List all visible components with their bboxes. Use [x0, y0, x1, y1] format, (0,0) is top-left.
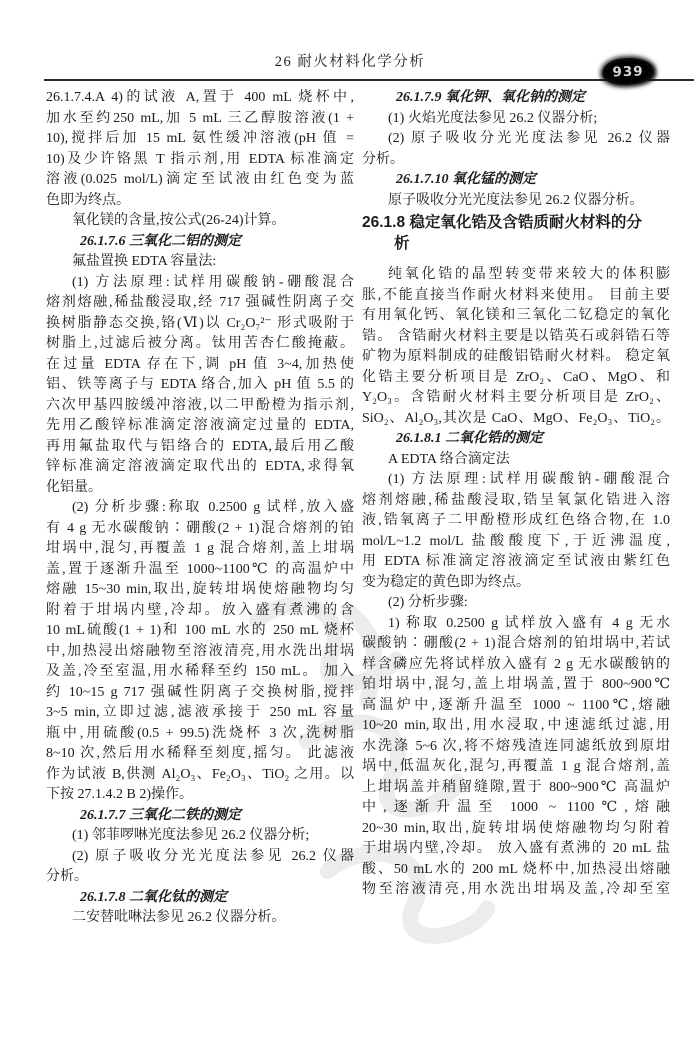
text-line: 溶液(0.025 mol/L)滴定至试液由红色变为蓝: [46, 170, 354, 191]
text-line: 样含磷应先将试样放入盛有 2 g 无水碳酸钠的: [362, 655, 670, 676]
text-line: 26.1.7.8 二氧化钛的测定: [46, 888, 354, 909]
text-line: 分析。: [362, 150, 670, 171]
text-line: 10),搅拌后加 15 mL 氨性缓冲溶液(pH 值 =: [46, 129, 354, 150]
text-line: 二安替吡啉法参见 26.2 仪器分析。: [46, 908, 354, 929]
page-number-badge: 939: [602, 57, 655, 86]
running-header-title: 26 耐火材料化学分析: [0, 50, 700, 71]
text-line: 26.1.7.10 氧化锰的测定: [362, 170, 670, 191]
text-line: (1) 方法原理:试样用碳酸钠-硼酸混合: [362, 470, 670, 491]
text-line: 20~30 min,取出,旋转坩埚使熔融物均匀附着: [362, 819, 670, 840]
text-line: (2) 原子吸收分光光度法参见 26.2 仪器: [46, 847, 354, 868]
text-line: 于坩埚内壁,冷却。 放入盛有煮沸的 20 mL 盐: [362, 839, 670, 860]
text-line: 用 EDTA 标准滴定溶液滴定至试液由紫红色: [362, 552, 670, 573]
text-line: 再用氟盐取代与铝络合的 EDTA,最后用乙酸: [46, 437, 354, 458]
text-line: 色即为终点。: [46, 191, 354, 212]
text-line: 下按 27.1.4.2 B 2)操作。: [46, 785, 354, 806]
text-line: 熔剂熔融,稀盐酸浸取,经 717 强碱性阴离子交: [46, 293, 354, 314]
text-line: 换树脂静态交换,铬(Ⅵ)以 Cr₂O₇²⁻ 形式吸附于: [46, 314, 354, 335]
text-line: 析: [362, 234, 670, 255]
text-line: 瓶中,用硫酸(0.5 + 99.5)洗烧杯 3 次,洗树脂: [46, 724, 354, 745]
text-line: 8~10 次,然后用水稀释至刻度,摇匀。 此滤液: [46, 744, 354, 765]
text-line: 化锆主要分析项目是 ZrO₂、CaO、MgO、和: [362, 368, 670, 389]
text-line: 先用乙酸锌标准滴定溶液滴定过量的 EDTA,: [46, 416, 354, 437]
header-rule: [44, 79, 694, 81]
text-line: 26.1.8.1 二氧化锆的测定: [362, 429, 670, 450]
text-line: 加水至约250 mL,加 5 mL 三乙醇胺溶液(1 +: [46, 109, 354, 130]
text-line: 上坩埚盖并稍留缝隙,置于 800~900℃ 高温炉: [362, 778, 670, 799]
text-line: 碳酸钠∶硼酸(2 + 1)混合熔剂的铂坩埚中,若试: [362, 634, 670, 655]
text-line: 26.1.8 稳定氧化锆及含锆质耐火材料的分: [362, 213, 670, 234]
text-line: 原子吸收分光光度法参见 26.2 仪器分析。: [362, 191, 670, 212]
text-line: (1) 方法原理:试样用碳酸钠-硼酸混合: [46, 273, 354, 294]
text-line: (2) 原子吸收分光光度法参见 26.2 仪器: [362, 129, 670, 150]
text-line: 盖,置于逐渐升温至 1000~1100℃ 的高温炉中: [46, 560, 354, 581]
text-line: 锌标准滴定溶液滴定取代出的 EDTA,求得氧: [46, 457, 354, 478]
text-line: A EDTA 络合滴定法: [362, 450, 670, 471]
text-line: 水洗涤 5~6 次,将不熔残渣连同滤纸放到原坩: [362, 737, 670, 758]
text-line: 氧化镁的含量,按公式(26-24)计算。: [46, 211, 354, 232]
text-line: 作为试液 B,供测 Al₂O₃、Fe₂O₃、TiO₂ 之用。以: [46, 765, 354, 786]
text-line: mol/L~1.2 mol/L 盐酸酸度下,于近沸温度,: [362, 532, 670, 553]
text-line: 液,锆氧离子二甲酚橙形成红色络合物,在 1.0: [362, 511, 670, 532]
text-line: 26.1.7.6 三氧化二铝的测定: [46, 232, 354, 253]
page-number: 939: [612, 63, 644, 80]
text-line: (2) 分析步骤:称取 0.2500 g 试样,放入盛: [46, 498, 354, 519]
text-line: 3~5 min,立即过滤,滤液承接于 250 mL 容量: [46, 703, 354, 724]
left-column: 26.1.7.4.A 4)的试液 A,置于 400 mL 烧杯中,加水至约250…: [46, 88, 354, 929]
text-line: 26.1.7.9 氧化钾、氧化钠的测定: [362, 88, 670, 109]
text-line: 分析。: [46, 867, 354, 888]
text-line: Y₂O₃。含锆耐火材料主要分析项目是 ZrO₂、: [362, 388, 670, 409]
text-line: (2) 分析步骤:: [362, 593, 670, 614]
text-line: 氟盐置换 EDTA 容量法:: [46, 252, 354, 273]
text-line: 变为稳定的黄色即为终点。: [362, 573, 670, 594]
text-line: 中,加热浸出熔融物至溶液清亮,用水洗出坩埚: [46, 642, 354, 663]
text-line: 坩埚中,混匀,再覆盖 1 g 混合熔剂,盖上坩埚: [46, 539, 354, 560]
book-page: 26 耐火材料化学分析 939 26.1.7.4.A 4)的试液 A,置于 40…: [0, 0, 700, 1040]
text-line: 有用氧化钙、氧化镁和三氧化二钇稳定的氧化: [362, 306, 670, 327]
text-line: 高温炉中,逐渐升温至 1000 ~ 1100℃,熔融: [362, 696, 670, 717]
text-line: 10~20 min,取出,用水浸取,中速滤纸过滤,用: [362, 716, 670, 737]
text-line: 中,逐渐升温至 1000 ~ 1100℃,熔融: [362, 798, 670, 819]
text-line: 26.1.7.4.A 4)的试液 A,置于 400 mL 烧杯中,: [46, 88, 354, 109]
text-line: 纯氧化锆的晶型转变带来较大的体积膨: [362, 265, 670, 286]
right-column: 26.1.7.9 氧化钾、氧化钠的测定(1) 火焰光度法参见 26.2 仪器分析…: [362, 88, 670, 901]
text-line: 锆。 含锆耐火材料主要是以锆英石或斜锆石等: [362, 327, 670, 348]
text-line: 1) 称取 0.2500 g 试样放入盛有 4 g 无水: [362, 614, 670, 635]
text-line: 胀,不能直接当作耐火材料来使用。 目前主要: [362, 286, 670, 307]
text-line: 26.1.7.7 三氧化二铁的测定: [46, 806, 354, 827]
text-line: (1) 邻菲啰啉光度法参见 26.2 仪器分析;: [46, 826, 354, 847]
text-line: 埚中,低温灰化,混匀,再覆盖 1 g 混合熔剂,盖: [362, 757, 670, 778]
text-line: 铝、铁等离子与 EDTA 络合,加入 pH 值 5.5 的: [46, 375, 354, 396]
text-line: 矿物为原料制成的硅酸铝锆耐火材料。 稳定氧: [362, 347, 670, 368]
text-line: 树脂上,过滤后被分离。钛用苦杏仁酸掩蔽。: [46, 334, 354, 355]
text-line: 在过量 EDTA 存在下,调 pH 值 3~4,加热使: [46, 355, 354, 376]
text-line: 熔融 15~30 min,取出,旋转坩埚使熔融物均匀: [46, 580, 354, 601]
text-line: 酸、50 mL水的 200 mL 烧杯中,加热浸出熔融: [362, 860, 670, 881]
text-line: 10)及少许铬黑 T 指示剂,用 EDTA 标准滴定: [46, 150, 354, 171]
text-line: 物至溶液清亮,用水洗出坩埚及盖,冷却至室: [362, 880, 670, 901]
text-line: 化铝量。: [46, 478, 354, 499]
text-line: 有 4 g 无水碳酸钠∶硼酸(2 + 1)混合熔剂的铂: [46, 519, 354, 540]
text-line: 10 mL硫酸(1 + 1)和 100 mL 水的 250 mL 烧杯: [46, 621, 354, 642]
text-line: 附着于坩埚内壁,冷却。放入盛有煮沸的含: [46, 601, 354, 622]
text-line: 熔剂熔融,稀盐酸浸取,锆呈氧氯化锆进入溶: [362, 491, 670, 512]
text-line: 六次甲基四胺缓冲溶液,以二甲酚橙为指示剂,: [46, 396, 354, 417]
text-line: (1) 火焰光度法参见 26.2 仪器分析;: [362, 109, 670, 130]
text-line: 约 10~15 g 717 强碱性阴离子交换树脂,搅拌: [46, 683, 354, 704]
text-line: SiO₂、Al₂O₃,其次是 CaO、MgO、Fe₂O₃、TiO₂。: [362, 409, 670, 430]
text-line: 铂坩埚中,混匀,盖上坩埚盖,置于 800~900℃: [362, 675, 670, 696]
text-line: 及盖,冷至室温,用水稀释至约 150 mL。 加入: [46, 662, 354, 683]
